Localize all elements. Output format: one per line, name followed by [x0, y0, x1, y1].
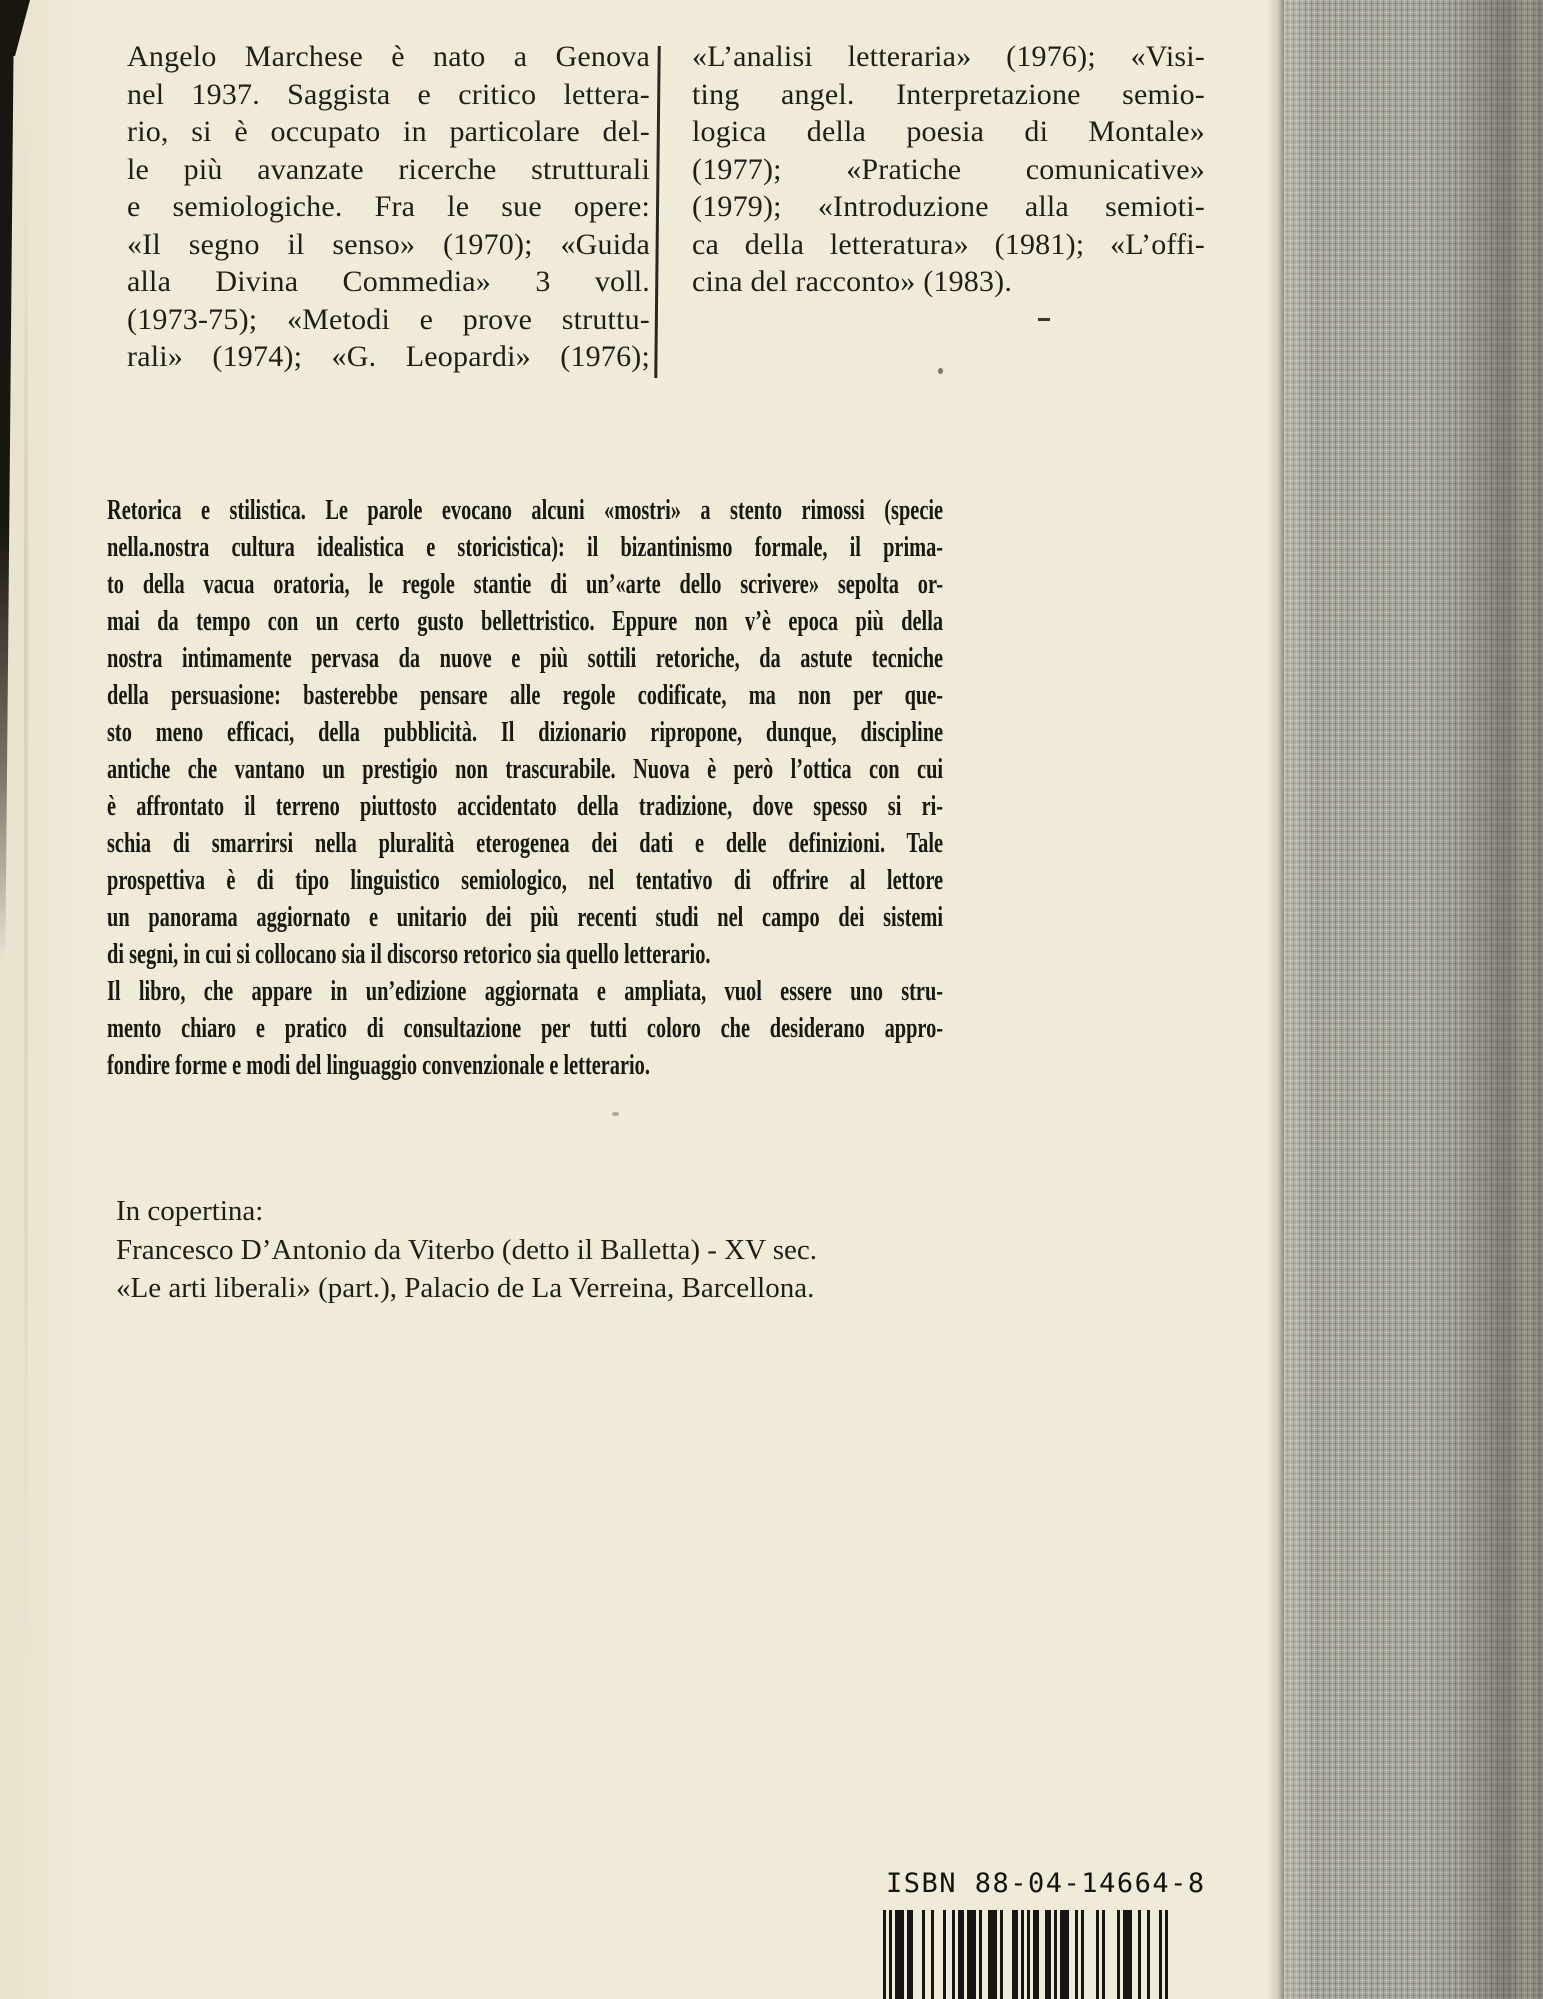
book-back-cover: Angelo Marchese è nato a Genovanel 1937.…	[0, 0, 1543, 1999]
blurb-text-line: sto meno efficaci, della pubblicità. Il …	[107, 714, 943, 751]
blurb-text-line: nella.nostra cultura idealistica e stori…	[107, 529, 943, 566]
bio-text-line: ting angel. Interpretazione semio-	[692, 76, 1205, 114]
bio-text-line: cina del racconto» (1983).	[692, 263, 1205, 301]
blurb-paragraph-2: Il libro, che appare in un’edizione aggi…	[107, 973, 943, 1084]
column-divider-rule	[654, 46, 660, 378]
author-bio-left-column: Angelo Marchese è nato a Genovanel 1937.…	[127, 38, 650, 376]
bio-text-line: nel 1937. Saggista e critico lettera-	[127, 76, 650, 114]
bio-text-line: logica della poesia di Montale»	[692, 113, 1205, 151]
blurb-text-line: antiche che vantano un prestigio non tra…	[107, 751, 943, 788]
print-speck	[612, 1112, 619, 1116]
blurb-text-line: to della vacua oratoria, le regole stant…	[107, 566, 943, 603]
blurb-text-line: Retorica e stilistica. Le parole evocano…	[107, 492, 943, 529]
blurb-text-line: della persuasione: basterebbe pensare al…	[107, 677, 943, 714]
blurb-text-line: è affrontato il terreno piuttosto accide…	[107, 788, 943, 825]
bio-text-line: ca della letteratura» (1981); «L’offi-	[692, 226, 1205, 264]
scan-left-edge-shadow	[0, 0, 14, 960]
credit-text-line: Francesco D’Antonio da Viterbo (detto il…	[116, 1231, 1096, 1270]
cloth-spine-texture	[1284, 0, 1543, 1999]
credit-text-line: In copertina:	[116, 1192, 1096, 1231]
author-bio-right-column: «L’analisi letteraria» (1976); «Visi-tin…	[692, 38, 1205, 301]
blurb-text-line: prospettiva è di tipo linguistico semiol…	[107, 862, 943, 899]
blurb-text-line: schia di smarrirsi nella pluralità etero…	[107, 825, 943, 862]
blurb-text-line: fondire forme e modi del linguaggio conv…	[107, 1047, 943, 1084]
bio-text-line: rali» (1974); «G. Leopardi» (1976);	[127, 338, 650, 376]
cloth-shading	[1284, 0, 1543, 1999]
bio-text-line: (1977); «Pratiche comunicative»	[692, 151, 1205, 189]
blurb-text-line: di segni, in cui si collocano sia il dis…	[107, 936, 943, 973]
isbn-barcode	[883, 1910, 1168, 1999]
cover-edge-seam	[1266, 0, 1284, 1999]
bio-text-line: e semiologiche. Fra le sue opere:	[127, 188, 650, 226]
blurb-text-line: Il libro, che appare in un’edizione aggi…	[107, 973, 943, 1010]
paper-crease	[24, 120, 28, 1680]
back-cover-blurb: Retorica e stilistica. Le parole evocano…	[107, 492, 947, 1084]
blurb-text-line: un panorama aggiornato e unitario dei pi…	[107, 899, 943, 936]
print-speck	[938, 368, 943, 374]
cover-image-credit: In copertina:Francesco D’Antonio da Vite…	[116, 1192, 1096, 1308]
blurb-text-line: mai da tempo con un certo gusto bellettr…	[107, 603, 943, 640]
print-speck	[1038, 318, 1050, 321]
bio-text-line: (1973-75); «Metodi e prove struttu-	[127, 301, 650, 339]
bio-text-line: rio, si è occupato in particolare del-	[127, 113, 650, 151]
scan-corner-mark	[0, 0, 30, 56]
bio-text-line: «Il segno il senso» (1970); «Guida	[127, 226, 650, 264]
bio-text-line: «L’analisi letteraria» (1976); «Visi-	[692, 38, 1205, 76]
bio-text-line: (1979); «Introduzione alla semioti-	[692, 188, 1205, 226]
blurb-text-line: mento chiaro e pratico di consultazione …	[107, 1010, 943, 1047]
blurb-text-line: nostra intimamente pervasa da nuove e pi…	[107, 640, 943, 677]
isbn-number: ISBN 88-04-14664-8	[886, 1868, 1206, 1899]
bio-text-line: le più avanzate ricerche strutturali	[127, 151, 650, 189]
bio-text-line: alla Divina Commedia» 3 voll.	[127, 263, 650, 301]
barcode-bar	[1165, 1910, 1168, 1999]
blurb-paragraph-1: Retorica e stilistica. Le parole evocano…	[107, 492, 943, 973]
credit-text-line: «Le arti liberali» (part.), Palacio de L…	[116, 1269, 1096, 1308]
bio-text-line: Angelo Marchese è nato a Genova	[127, 38, 650, 76]
